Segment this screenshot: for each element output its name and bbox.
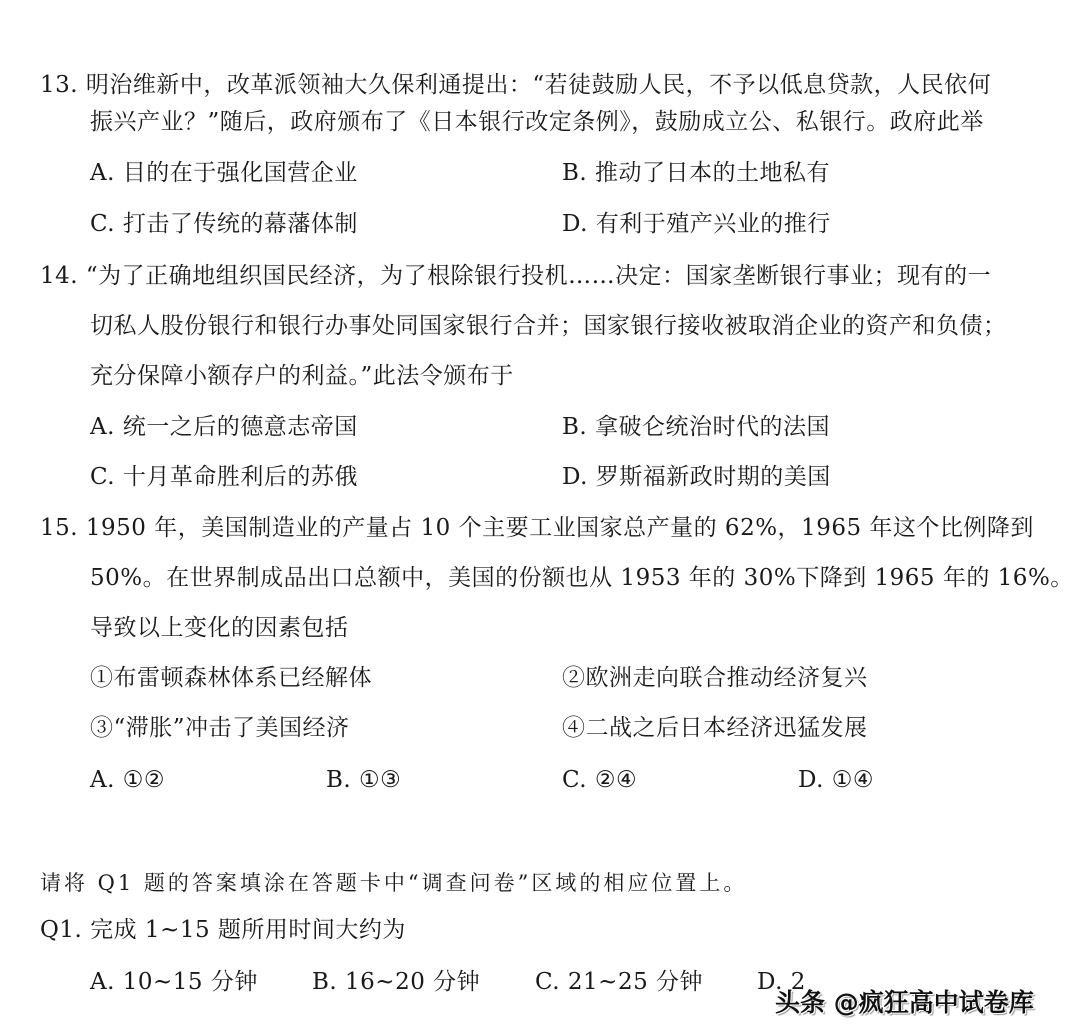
question-number: 15. <box>40 513 78 543</box>
survey-instruction: 请将 Q1 题的答案填涂在答题卡中“调查问卷”区域的相应位置上。 <box>40 868 747 898</box>
option-text: 目的在于强化国营企业 <box>123 160 358 186</box>
option-text: 有利于殖产兴业的推行 <box>596 211 831 237</box>
option-text: ②④ <box>595 767 637 793</box>
option-label: A. <box>90 160 115 186</box>
question-14-line-3: 充分保障小额存户的利益。”此法令颁布于 <box>90 361 514 391</box>
question-stem: 1950 年，美国制造业的产量占 10 个主要工业国家总产量的 62%，1965… <box>86 515 1034 541</box>
option-label: C. <box>562 767 587 793</box>
question-number: 14. <box>40 261 78 291</box>
option-label: B. <box>562 160 587 186</box>
question-14-option-c: C. 十月革命胜利后的苏俄 <box>90 462 358 492</box>
question-number: 13. <box>40 70 78 100</box>
question-14-line-2: 切私人股份银行和银行办事处同国家银行合并；国家银行接收被取消企业的资产和负债； <box>90 311 1007 341</box>
question-13-option-a: A. 目的在于强化国营企业 <box>90 158 358 188</box>
option-text: 拿破仑统治时代的法国 <box>595 414 830 440</box>
survey-option-a: A. 10~15 分钟 <box>90 967 258 997</box>
option-label: B. <box>562 414 587 440</box>
question-15-option-b: B. ①③ <box>326 765 401 795</box>
option-label: A. <box>90 969 115 995</box>
question-15-factor-4: ④二战之后日本经济迅猛发展 <box>562 713 868 743</box>
question-15-line-2: 50%。在世界制成品出口总额中，美国的份额也从 1953 年的 30%下降到 1… <box>90 563 1074 593</box>
question-14-line-1: 14. “为了正确地组织国民经济，为了根除银行投机……决定：国家垄断银行事业；现… <box>40 261 991 291</box>
option-text: 推动了日本的土地私有 <box>595 160 830 186</box>
option-label: D. <box>798 767 824 793</box>
question-15-line-3: 导致以上变化的因素包括 <box>90 613 349 643</box>
question-15-line-1: 15. 1950 年，美国制造业的产量占 10 个主要工业国家总产量的 62%，… <box>40 513 1034 543</box>
question-number: Q1. <box>40 917 82 943</box>
option-text: ①② <box>123 767 165 793</box>
question-15-factor-2: ②欧洲走向联合推动经济复兴 <box>562 663 868 693</box>
question-13-option-b: B. 推动了日本的土地私有 <box>562 158 830 188</box>
option-label: D. <box>562 464 588 490</box>
option-label: B. <box>312 969 337 995</box>
question-stem: 完成 1~15 题所用时间大约为 <box>90 917 406 943</box>
option-label: C. <box>535 969 560 995</box>
watermark: 头条 @疯狂高中试卷库 <box>775 983 1034 1019</box>
option-text: 16~20 分钟 <box>345 969 480 995</box>
option-label: C. <box>90 211 115 237</box>
question-14-option-b: B. 拿破仑统治时代的法国 <box>562 412 830 442</box>
question-14-option-d: D. 罗斯福新政时期的美国 <box>562 462 831 492</box>
option-text: 21~25 分钟 <box>568 969 703 995</box>
question-14-option-a: A. 统一之后的德意志帝国 <box>90 412 358 442</box>
survey-option-b: B. 16~20 分钟 <box>312 967 480 997</box>
question-15-option-c: C. ②④ <box>562 765 637 795</box>
option-text: 十月革命胜利后的苏俄 <box>123 464 358 490</box>
option-label: B. <box>326 767 351 793</box>
question-stem: 明治维新中，改革派领袖大久保利通提出：“若徒鼓励人民，不予以低息贷款，人民依何 <box>86 72 991 98</box>
option-label: C. <box>90 464 115 490</box>
question-15-factor-3: ③“滞胀”冲击了美国经济 <box>90 713 350 743</box>
survey-question-q1: Q1. 完成 1~15 题所用时间大约为 <box>40 915 406 945</box>
question-15-option-a: A. ①② <box>90 765 165 795</box>
option-label: D. <box>562 211 588 237</box>
question-15-option-d: D. ①④ <box>798 765 874 795</box>
option-label: A. <box>90 414 115 440</box>
option-label: A. <box>90 767 115 793</box>
option-text: 打击了传统的幕藩体制 <box>123 211 358 237</box>
survey-option-c: C. 21~25 分钟 <box>535 967 703 997</box>
option-text: 10~15 分钟 <box>123 969 258 995</box>
option-text: 罗斯福新政时期的美国 <box>596 464 831 490</box>
option-text: ①④ <box>832 767 874 793</box>
question-13-line-2: 振兴产业？”随后，政府颁布了《日本银行改定条例》，鼓励成立公、私银行。政府此举 <box>90 107 984 137</box>
question-stem: “为了正确地组织国民经济，为了根除银行投机……决定：国家垄断银行事业；现有的一 <box>86 263 991 289</box>
question-13-line-1: 13. 明治维新中，改革派领袖大久保利通提出：“若徒鼓励人民，不予以低息贷款，人… <box>40 70 991 100</box>
option-text: ①③ <box>359 767 401 793</box>
option-text: 统一之后的德意志帝国 <box>123 414 358 440</box>
question-13-option-d: D. 有利于殖产兴业的推行 <box>562 209 831 239</box>
question-13-option-c: C. 打击了传统的幕藩体制 <box>90 209 358 239</box>
question-15-factor-1: ①布雷顿森林体系已经解体 <box>90 663 372 693</box>
